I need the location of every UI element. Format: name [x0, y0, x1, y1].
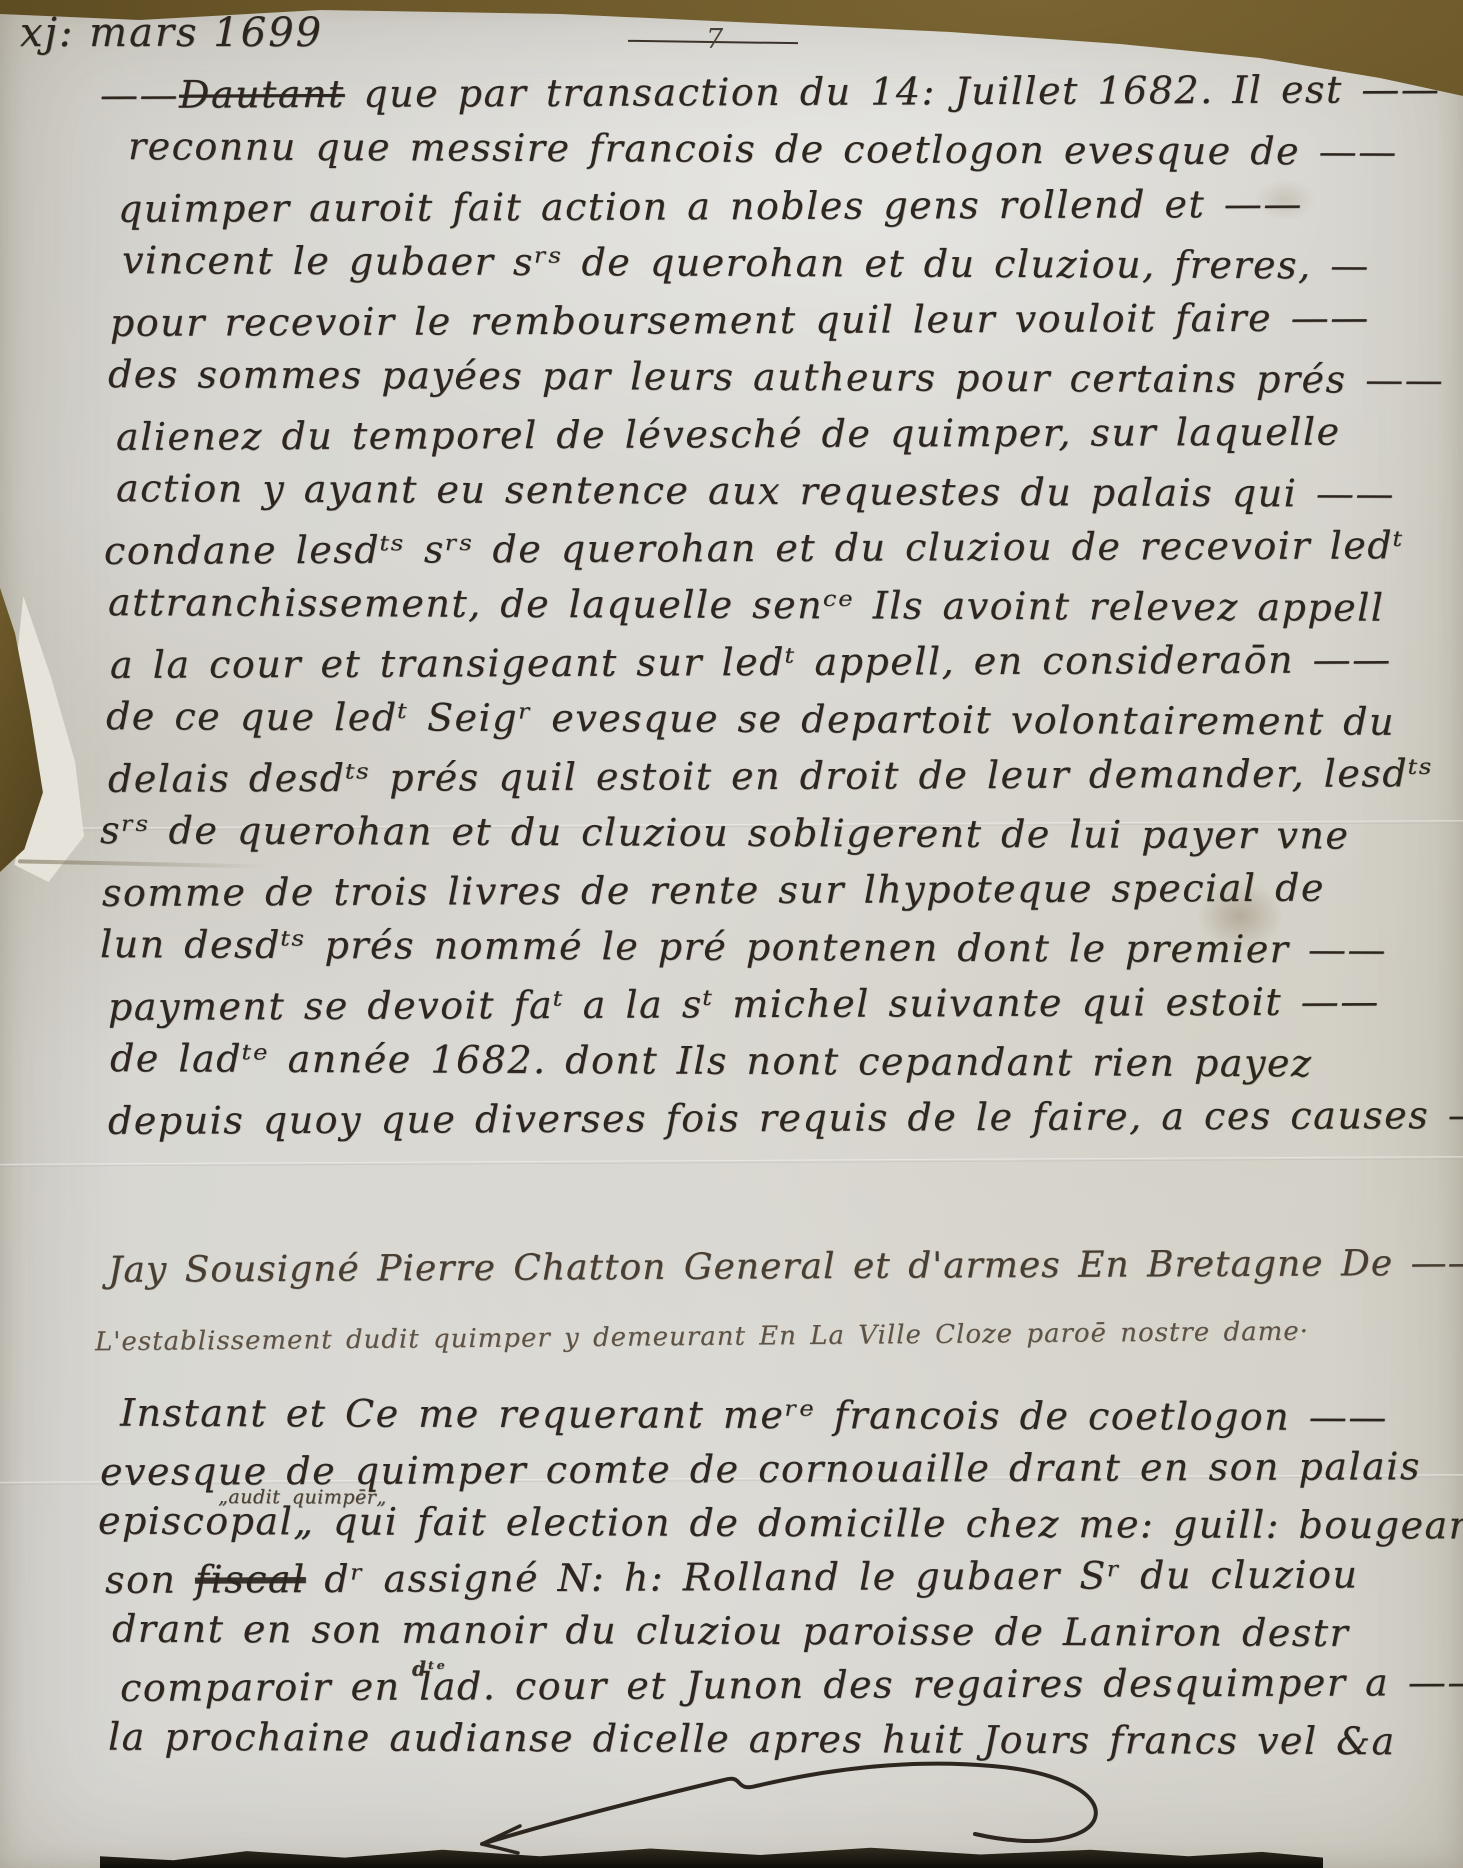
- manuscript-line-23: son fiscal dʳ assigné N: h: Rolland le g…: [105, 1547, 1445, 1607]
- manuscript-line-19: depuis quoy que diverses fois requis de …: [108, 1087, 1440, 1150]
- date-annotation: xj: mars 1699: [20, 10, 323, 56]
- manuscript-line-20: Instant et Ce me requerant meʳᵉ francois…: [120, 1386, 1445, 1445]
- manuscript-line-11: a la cour et transigeant sur ledᵗ appell…: [110, 631, 1440, 694]
- manuscript-page: xj: mars 1699 7 ——Dautant que par transa…: [0, 0, 1463, 1868]
- manuscript-line-16: lun desdᵗˢ prés nommé le pré pontenen do…: [100, 916, 1440, 979]
- paper-crease: [0, 1156, 1463, 1167]
- manuscript-line-2: reconnu que messire francois de coetlogo…: [128, 118, 1440, 181]
- manuscript-line-12: de ce que ledᵗ Seigʳ evesque se departoi…: [106, 688, 1440, 751]
- line-text: dʳ assigné N: h: Rolland le gubaer Sʳ du…: [306, 1552, 1359, 1601]
- page-number-group: 7: [628, 24, 798, 60]
- manuscript-line-7: alienez du temporel de lévesché de quimp…: [116, 403, 1440, 466]
- manuscript-line-4: vincent le gubaer sʳˢ de querohan et du …: [122, 232, 1440, 295]
- manuscript-line-10: attranchissement, de laquelle senᶜᵉ Ils …: [108, 574, 1440, 637]
- struck-word: Dautant: [179, 72, 345, 117]
- interlinear-insertion: „audit quimpēr„: [218, 1470, 387, 1525]
- line-text: que par transaction du 14: Juillet 1682.…: [345, 67, 1441, 116]
- manuscript-line-13: delais desdᵗˢ prés quil estoit en droit …: [108, 745, 1440, 808]
- page-number: 7: [706, 24, 723, 55]
- manuscript-line-15: somme de trois livres de rente sur lhypo…: [102, 859, 1440, 922]
- paragraph-summons: Instant et Ce me requerant meʳᵉ francois…: [95, 1388, 1445, 1766]
- manuscript-line-25: dᵗᵉcomparoir en lad. cour et Junon des r…: [120, 1655, 1445, 1715]
- line-text: comparoir en lad. cour et Junon des rega…: [120, 1660, 1463, 1710]
- manuscript-line-9: condane lesdᵗˢ sʳˢ de querohan et du clu…: [104, 517, 1440, 580]
- line-text: son: [105, 1558, 195, 1602]
- manuscript-line-17: payment se devoit faᵗ a la sᵗ michel sui…: [108, 973, 1440, 1036]
- establissement-line: L'establissement dudit quimper y demeura…: [95, 1317, 1309, 1358]
- notary-line: Jay Sousigné Pierre Chatton General et d…: [108, 1234, 1463, 1299]
- manuscript-line-24: drant en son manoir du cluziou paroisse …: [112, 1602, 1445, 1661]
- manuscript-line-8: action y ayant eu sentence aux requestes…: [116, 460, 1440, 523]
- signature-flourish-icon: [430, 1752, 1120, 1868]
- manuscript-line-6: des sommes payées par leurs autheurs pou…: [108, 346, 1440, 409]
- manuscript-line-3: quimper auroit fait action a nobles gens…: [118, 175, 1440, 238]
- manuscript-line-22: „audit quimpēr„episcopal„ qui fait elect…: [98, 1494, 1445, 1553]
- photo-background: xj: mars 1699 7 ——Dautant que par transa…: [0, 0, 1463, 1868]
- corner-shadow: [1273, 1824, 1463, 1868]
- manuscript-line-18: de ladᵗᵉ année 1682. dont Ils nont cepan…: [110, 1030, 1440, 1093]
- manuscript-line-14: sʳˢ de querohan et du cluziou sobligeren…: [100, 802, 1440, 865]
- leading-dash: ——: [100, 73, 179, 117]
- struck-word: fiscal: [195, 1557, 306, 1601]
- manuscript-line-1: ——Dautant que par transaction du 14: Jui…: [100, 61, 1440, 124]
- paragraph-main: ——Dautant que par transaction du 14: Jui…: [100, 64, 1440, 1147]
- manuscript-line-5: pour recevoir le remboursement quil leur…: [110, 289, 1440, 352]
- interlinear-insertion: dᵗᵉ: [412, 1641, 447, 1695]
